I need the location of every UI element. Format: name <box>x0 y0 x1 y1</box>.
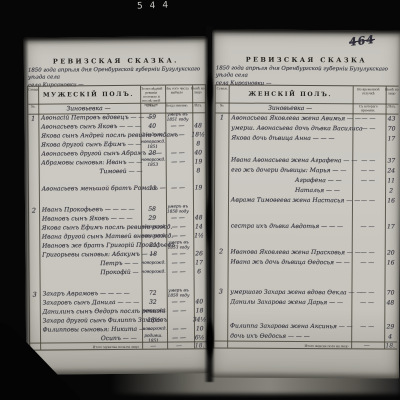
entry-age: 16 <box>384 197 398 204</box>
entry-c1: 21 <box>141 242 165 249</box>
entry-text: Филипповы сыновья: Никита — — <box>40 326 142 334</box>
entry-otl: — — <box>352 197 384 204</box>
table-header: Семьи. МУЖЕСКІЙ ПОЛЪ. По послѣдней ревиз… <box>28 85 205 103</box>
col-temporary-absence: Во временной отлучкѣ <box>352 86 385 103</box>
table-row: Прокофій —новорожд.— —6 <box>29 267 206 277</box>
entry-text: умерш. Аѳонасьева дочь дѣвка Василиса <box>228 124 352 132</box>
table-row: Якова дочь дѣвица Анна — — —17 <box>215 132 398 143</box>
entry-text: Захаръ Аврамовъ — — — — <box>40 290 141 298</box>
entry-otl: — — <box>352 125 384 132</box>
sex-header: ЖЕНСКІЙ ПОЛЪ. <box>229 86 352 104</box>
folio-number: 464 <box>348 33 375 49</box>
table-row: сестра ихъ дѣвка Авдотья — — —— —17 <box>215 220 398 231</box>
entry-text: сестра ихъ дѣвка Авдотья — — — <box>228 222 351 230</box>
entry-c2: — — <box>166 223 192 230</box>
col-family-no: №. <box>216 102 229 112</box>
entry-text: дочь ихъ Ѳедосья — — — <box>227 332 350 340</box>
entry-c2: — — <box>166 232 192 239</box>
col-years: Лѣтъ. <box>385 103 399 113</box>
entry-c2: — — <box>167 325 193 332</box>
table-row: Тимоѳей — —8 <box>29 166 206 176</box>
entry-c2: — — <box>165 298 192 305</box>
entry-age: 43 <box>385 115 399 122</box>
entry-c1: 32 <box>140 299 165 306</box>
right-page: 464 РЕВИЗСКАЯ СКАЗКА 1850 года апрѣля дн… <box>210 29 400 378</box>
entry-c2: — — <box>165 131 191 138</box>
table-row: Осипъ — —родивш. 1851— —6½ <box>30 333 207 342</box>
entry-c2: — — <box>166 307 192 314</box>
entry-c1: новорожд. <box>141 234 166 238</box>
page-title: РЕВИЗСКАЯ СКАЗКА. <box>24 56 208 65</box>
table-row: Ивана жъ дочь дѣвица Ѳедосья — —— —16 <box>215 256 398 267</box>
entry-otl: — — <box>351 223 384 230</box>
entry-otl: — — <box>351 299 384 306</box>
entry-text: Иванъ Прокофьевъ — — — — <box>39 206 140 214</box>
entry-text: Якова сынъ Андрей послѣ ревизіи отданъ <box>38 132 140 140</box>
entry-c2: — — <box>165 259 191 266</box>
entry-text: Захаровъ сынъ Данила — — — <box>40 299 141 307</box>
revision-table-male: Семьи. МУЖЕСКІЙ ПОЛЪ. По послѣдней ревиз… <box>27 84 208 350</box>
entry-c1: 59 <box>140 114 164 121</box>
book-gutter <box>204 26 215 382</box>
col-since-when: Съ котораго времени. <box>352 103 385 113</box>
entry-c1: 18½ <box>142 317 166 324</box>
entry-text: Якова дочь дѣвица Анна — — — <box>228 134 351 142</box>
entry-c2: умеръ въ 1853 году <box>165 241 191 250</box>
entry-c1: 58 <box>140 206 165 213</box>
entry-age: 29 <box>383 323 397 330</box>
entry-age: 70 <box>385 125 399 132</box>
entry-age: 4 <box>383 333 397 340</box>
col-now-present: Нынѣ на лицо <box>385 86 399 103</box>
entry-text: Ивана другой сынъ Матвей вновь рожд. <box>39 233 141 241</box>
entry-text: Якова сынъ Ефимъ послѣ ревизіи рожд. <box>39 224 141 232</box>
entry-c1: новорожд. <box>142 327 167 331</box>
entry-text: Ивана Аѳонасьева жена Аграфена — — <box>228 156 352 164</box>
table-row: Данилы Захарова жена Дарья — —— —48 <box>214 296 397 307</box>
entry-otl: — — <box>351 167 384 174</box>
entry-text: Прокофій — <box>39 269 140 277</box>
entry-text: Аѳонасьевъ другой сынъ Абрамъ — — <box>38 150 140 158</box>
entry-c2: — — <box>165 214 192 221</box>
entry-text: Тимоѳей — — <box>38 168 140 176</box>
entry-otl: — — <box>352 177 385 184</box>
entry-text: Аграфена — — <box>228 176 352 184</box>
entry-c2: — — <box>165 250 191 257</box>
entry-age: 16 <box>384 259 398 266</box>
entry-no: 1 <box>28 114 38 122</box>
entry-c2: умеръ въ 1858 году <box>164 205 191 214</box>
total-label: Итого мужеска пола на лицо <box>40 344 141 349</box>
entry-otl: — — <box>351 259 384 266</box>
entry-c1: новорожд. <box>140 270 165 274</box>
table-body: 1Аѳонасій Петровъ вдовецъ — — —59умеръ в… <box>28 112 207 342</box>
entry-otl: — — <box>351 289 383 296</box>
entry-text: Данилинъ сынъ Ѳедоръ послѣ ревизіи <box>39 308 141 316</box>
entry-c2: — — <box>164 122 190 129</box>
entry-text: Осипъ — — <box>40 335 141 343</box>
entry-c2: — — <box>165 184 191 191</box>
entry-c1: 11 <box>141 185 165 192</box>
total-col1: — <box>141 343 166 350</box>
entry-no: 3 <box>214 287 227 295</box>
entry-c1: родивш. 1851 <box>141 334 166 343</box>
revision-table-female: Семьи. ЖЕНСКІЙ ПОЛЪ. Во временной отлучк… <box>213 84 399 349</box>
entry-text: его жъ дочери дѣвицы: Марья — — <box>228 166 351 174</box>
entry-c2: — — <box>166 334 193 341</box>
table-row: Аврама Тимоѳеева жена Настасья — —— —16 <box>215 194 398 205</box>
entry-c1: 40 <box>140 123 164 130</box>
archive-frame-number: 544 <box>137 0 176 11</box>
entry-c1: 18 <box>141 251 165 258</box>
page-title: РЕВИЗСКАЯ СКАЗКА <box>212 55 400 64</box>
total-label: Итого женска пола на лицо <box>227 343 350 348</box>
entry-c1: новорожд. <box>140 261 165 265</box>
entry-no: 2 <box>215 247 228 255</box>
entry-text: Наталья — — <box>228 186 352 194</box>
entry-c2: — — <box>165 268 191 275</box>
entry-c2: умеръ въ 1850 году <box>165 289 192 298</box>
entry-text: Аѳонасьевъ меньшой братъ Романъ — <box>39 185 141 193</box>
col-family: Семьи. <box>216 85 229 102</box>
entry-text: Аѳонасьевъ сынъ Яковъ — — — <box>38 123 140 131</box>
entry-c2: умеръ въ 1851 году <box>164 113 190 122</box>
sex-header: МУЖЕСКІЙ ПОЛЪ. <box>38 86 139 104</box>
entry-age: 24 <box>384 167 398 174</box>
entry-text: Филиппа Захарова жена Аксинья — — <box>227 322 351 330</box>
entry-age: 48 <box>383 299 397 306</box>
entry-c1: новорожд. 1853 <box>140 158 165 167</box>
entry-age: 20 <box>384 249 398 256</box>
entry-c1: 2 недѣли <box>140 133 164 137</box>
entry-c1: новорожд. 1851 <box>140 140 165 149</box>
total-absence: — <box>350 342 383 349</box>
entry-text: Захара другой сынъ Филиппъ Захаровъ <box>40 317 142 325</box>
entry-age: 37 <box>384 157 398 164</box>
entry-otl: — — <box>351 249 383 256</box>
col-departed: Изъ того числа выбыло <box>164 85 191 102</box>
entry-text: Аѳонасій Петровъ вдовецъ — — — <box>38 114 140 122</box>
table-body: 1Аѳонасьева Яковлева жена Аѳимья — —— —4… <box>214 112 398 341</box>
entry-text: Абрамовы сыновья: Иванъ — — <box>38 159 140 167</box>
entry-no: 2 <box>29 206 39 214</box>
col-family-no: №. <box>28 104 38 114</box>
entry-otl: — — <box>352 115 384 122</box>
entry-otl: — — <box>351 323 383 330</box>
entry-c2: — — <box>165 158 191 165</box>
entry-age: 70 <box>384 289 398 296</box>
entry-c1: 28 <box>140 150 164 157</box>
total-col2: — <box>166 342 193 349</box>
col-last-revision: По послѣдней ревизіи состояло и послѣ он… <box>139 86 164 103</box>
left-page: РЕВИЗСКАЯ СКАЗКА. 1850 года апрѣля дня О… <box>24 36 211 374</box>
archival-photo: 544 РЕВИЗСКАЯ СКАЗКА. 1850 года апрѣля д… <box>0 0 400 400</box>
entry-text: умершаго Захара жена вдова Ѳекла — — <box>227 288 351 296</box>
entry-text: Ивановъ же братъ Григорій Прокофьевъ <box>39 242 141 250</box>
total-present: 18. <box>383 342 397 349</box>
entry-no: 1 <box>216 113 229 121</box>
entry-no: 3 <box>30 290 40 298</box>
entry-text: Иванова Яковлева жена Прасковья — — <box>227 248 351 256</box>
entry-text: Ивановъ сынъ Яковъ — — — <box>39 215 140 223</box>
entry-text: Якова другой сынъ Ефимъ — — <box>38 141 140 149</box>
table-row: Аѳонасьевъ меньшой братъ Романъ —11— —19 <box>29 183 206 193</box>
preamble-line: 1850 года апрѣля дня Оренбургской губерн… <box>216 65 398 79</box>
entry-age: 17 <box>384 223 398 230</box>
entry-text: Данилы Захарова жена Дарья — — <box>227 298 350 306</box>
entry-age: 11 <box>384 177 398 184</box>
entry-text: Ивана жъ дочь дѣвица Ѳедосья — — <box>228 258 351 266</box>
entry-c2: — — <box>165 149 191 156</box>
entry-c1: 72 <box>140 290 165 297</box>
entry-c1: новорожд. <box>141 309 166 313</box>
table-row: дочь ихъ Ѳедосья — — —4 <box>214 330 397 341</box>
entry-text: Аврама Тимоѳеева жена Настасья — — <box>228 196 352 204</box>
col-family: Семьи. <box>28 87 38 104</box>
entry-c1: 29 <box>140 215 165 222</box>
entry-age: 2 <box>384 187 398 194</box>
entry-text: Григорьевы сыновья: Абакумъ — — <box>39 251 141 259</box>
entry-c1: новорожд. <box>141 225 166 229</box>
entry-text: Аѳонасьева Яковлева жена Аѳимья — — <box>228 114 352 122</box>
entry-age: 17 <box>384 135 398 142</box>
preamble-line: 1850 года апрѣля дня Оренбургской губерн… <box>28 66 205 80</box>
col-years: Лѣта. <box>139 103 164 113</box>
entry-otl: — — <box>352 157 384 164</box>
col-when-exactly: Когда именно. <box>164 102 191 112</box>
entry-text: Петръ — — <box>39 260 140 268</box>
table-header: Семьи. ЖЕНСКІЙ ПОЛЪ. Во временной отлучк… <box>216 85 399 103</box>
